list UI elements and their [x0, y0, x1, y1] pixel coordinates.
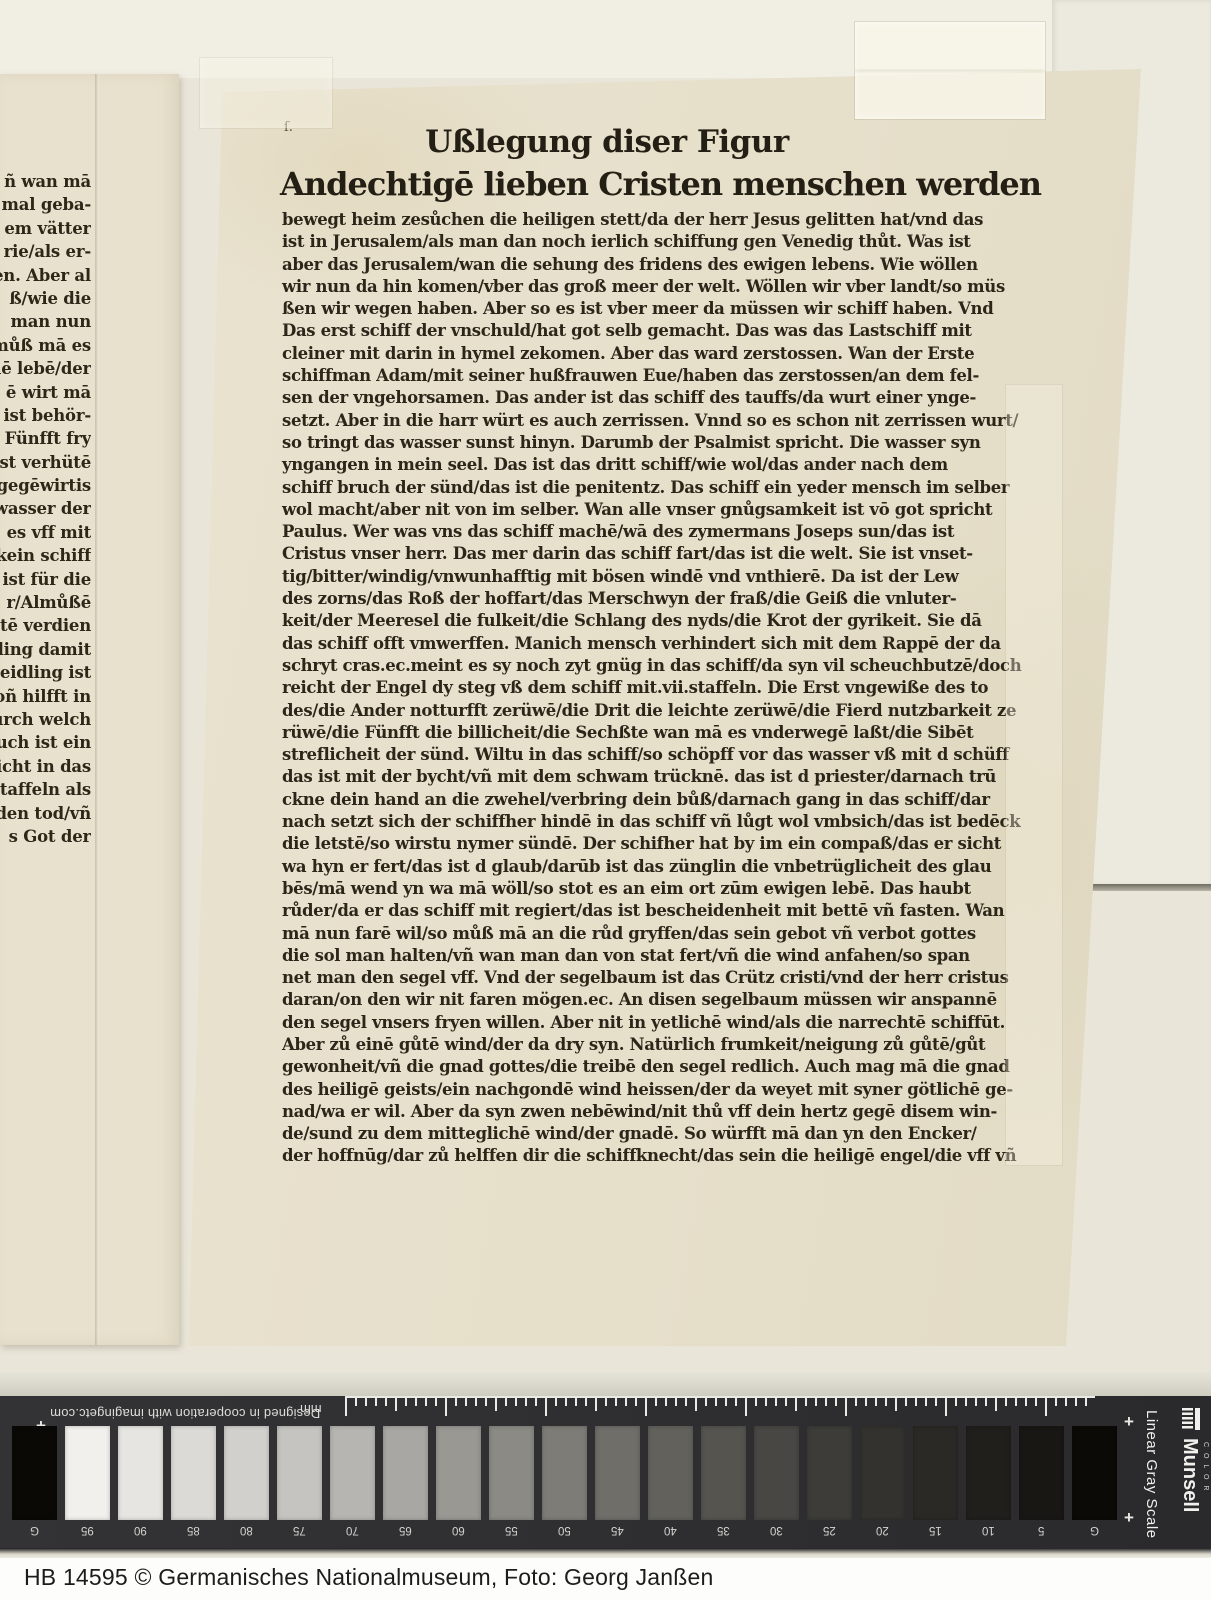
- ruler-tick: [445, 1398, 447, 1416]
- gray-scale-bar: Designed in cooperation with imagingetc.…: [0, 1396, 1211, 1548]
- fragment-text-line: en. Aber al: [0, 264, 91, 287]
- fragment-text-line: rie/als er-: [0, 240, 91, 263]
- body-text-line: de/sund zu dem mitteglichē wind/der gnad…: [282, 1123, 1012, 1145]
- ruler-tick: [685, 1398, 687, 1406]
- gray-patch: 90: [118, 1426, 163, 1536]
- page-title-line1: Ußlegung diser Figur: [247, 124, 967, 160]
- fragment-text-line: r/Almůßē: [0, 591, 91, 614]
- gray-patch-label: 55: [505, 1524, 518, 1536]
- fragment-text-line: d ist behör-: [0, 404, 91, 427]
- gray-scale-brand-name: Munsell: [1178, 1438, 1201, 1512]
- gray-patch-label: 25: [823, 1524, 836, 1536]
- gray-patch: G: [1072, 1426, 1117, 1536]
- ruler-tick: [995, 1398, 997, 1411]
- ruler-tick: [675, 1398, 677, 1406]
- ruler-tick: [615, 1398, 617, 1406]
- gray-patch-label: 90: [134, 1524, 147, 1536]
- ruler-tick: [775, 1398, 777, 1406]
- munsell-logo-icon: [1182, 1408, 1200, 1430]
- fragment-text-line: st verhütē: [0, 451, 91, 474]
- fragment-text-line: ling damit: [0, 638, 91, 661]
- gray-patch: 85: [171, 1426, 216, 1536]
- ruler-tick: [385, 1398, 387, 1406]
- gray-patch: 35: [701, 1426, 746, 1536]
- body-text-line: růder/da er das schiff mit regiert/das i…: [282, 900, 1012, 922]
- ruler-tick: [665, 1398, 667, 1406]
- ruler-tick: [875, 1398, 877, 1406]
- ruler-tick: [405, 1398, 407, 1406]
- ruler-tick: [465, 1398, 467, 1406]
- ruler-tick: [435, 1398, 437, 1406]
- ruler-tick: [965, 1398, 967, 1406]
- gray-patch: 45: [595, 1426, 640, 1536]
- gray-patch-label: G: [1090, 1524, 1099, 1536]
- body-text-line: streflicheit der sünd. Wiltu in das schi…: [282, 744, 1012, 766]
- gray-patch-swatch: [65, 1426, 110, 1520]
- body-text-line: die letstē/so wirstu nymer sündē. Der sc…: [282, 833, 1012, 855]
- body-text-line: schiff bruch der sünd/das ist die penite…: [282, 477, 1012, 499]
- tape-strip-right-edge: [1006, 385, 1062, 1165]
- ruler-tick: [755, 1398, 757, 1406]
- ruler-tick: [525, 1398, 527, 1406]
- fragment-text-line: mal geba-: [0, 193, 91, 216]
- ruler-tick: [1065, 1398, 1067, 1406]
- gray-patch-label: 60: [452, 1524, 465, 1536]
- fragment-text-line: urch welch: [0, 708, 91, 731]
- fragment-text-line: wasser der: [0, 497, 91, 520]
- gray-patch-label: 85: [187, 1524, 200, 1536]
- body-text-line: daran/on den wir nit faren mögen.ec. An …: [282, 989, 1012, 1011]
- ruler-tick: [1015, 1398, 1017, 1406]
- ruler-tick: [1005, 1398, 1007, 1406]
- fragment-text-line: icht in das: [0, 755, 91, 778]
- gray-scale-note: Designed in cooperation with imagingetc.…: [50, 1406, 320, 1421]
- gray-patch-label: 65: [399, 1524, 412, 1536]
- ruler-tick: [645, 1398, 647, 1416]
- body-text-line: nach setzt sich der schiffher hindē in d…: [282, 811, 1012, 833]
- body-text-line: tig/bitter/windig/vnwunhafftig mit bösen…: [282, 566, 1012, 588]
- ruler-tick: [845, 1398, 847, 1416]
- ruler-tick: [515, 1398, 517, 1406]
- ruler-tick: [595, 1398, 597, 1411]
- gray-patch-swatch: [913, 1426, 958, 1520]
- ruler-tick: [855, 1398, 857, 1406]
- body-text-line: das schiff offt vmwerffen. Manich mensch…: [282, 633, 1012, 655]
- ruler-tick: [395, 1398, 397, 1411]
- ruler-tick: [1045, 1398, 1047, 1416]
- gray-patch: 5: [1019, 1426, 1064, 1536]
- gray-patch-label: 40: [664, 1524, 677, 1536]
- ruler-tick: [835, 1398, 837, 1406]
- fragment-text-line: ist für die: [0, 568, 91, 591]
- gray-patch-swatch: [436, 1426, 481, 1520]
- ruler-tick: [785, 1398, 787, 1406]
- ruler-tick: [1055, 1398, 1057, 1406]
- body-text-line: den segel vnsers fryen willen. Aber nit …: [282, 1012, 1012, 1034]
- gray-patch: 70: [330, 1426, 375, 1536]
- document-page: ſ. Ußlegung diser Figur Andechtigē liebe…: [180, 60, 1142, 1346]
- body-text-line: keit/der Meeresel die fulkeit/die Schlan…: [282, 610, 1012, 632]
- ruler-tick: [955, 1398, 957, 1406]
- fragment-text-column: ñ wan māmal geba-em vätterrie/als er-en.…: [0, 170, 91, 870]
- gray-patch-swatch: [542, 1426, 587, 1520]
- gray-patch-label: G: [30, 1524, 39, 1536]
- ruler-tick: [345, 1398, 347, 1416]
- fragment-text-line: itē verdien: [0, 614, 91, 637]
- gray-patch-swatch: [224, 1426, 269, 1520]
- gray-patch-swatch: [860, 1426, 905, 1520]
- gray-scale-brand-subtitle: C O L O R: [1202, 1442, 1209, 1492]
- gray-patch-swatch: [754, 1426, 799, 1520]
- gray-patch-swatch: [1019, 1426, 1064, 1520]
- gray-scale-product-name: Linear Gray Scale: [1143, 1410, 1160, 1539]
- registration-plus-right-bottom: +: [1124, 1508, 1134, 1528]
- body-text-line: die sol man halten/vñ wan man dan von st…: [282, 945, 1012, 967]
- gray-patch-swatch: [330, 1426, 375, 1520]
- ruler-tick: [865, 1398, 867, 1406]
- gray-patch-swatch: [277, 1426, 322, 1520]
- gray-scale-card-edge: [0, 1372, 1211, 1396]
- ruler-tick: [575, 1398, 577, 1406]
- left-page-fragment: ñ wan māmal geba-em vätterrie/als er-en.…: [0, 74, 179, 1345]
- body-text-line: ckne dein hand an die zwehel/verbring de…: [282, 789, 1012, 811]
- ruler-tick: [565, 1398, 567, 1406]
- ruler-tick: [695, 1398, 697, 1411]
- gray-patch: 10: [966, 1426, 1011, 1536]
- gray-patch: 40: [648, 1426, 693, 1536]
- photo-stage: ñ wan māmal geba-em vätterrie/als er-en.…: [0, 0, 1211, 1600]
- gray-patch-swatch: [489, 1426, 534, 1520]
- body-text-line: das ist mit der bycht/vñ mit dem schwam …: [282, 766, 1012, 788]
- fragment-text-line: s Got der: [0, 825, 91, 848]
- ruler-tick: [725, 1398, 727, 1406]
- body-text-line: yngangen in mein seel. Das ist das dritt…: [282, 454, 1012, 476]
- fragment-text-line: Fünfft fry: [0, 427, 91, 450]
- tape-strip-top-left: [200, 58, 332, 128]
- body-text-line: setzt. Aber in die harr würt es auch zer…: [282, 410, 1012, 432]
- ruler-tick: [635, 1398, 637, 1406]
- fragment-text-line: es vff mit: [0, 521, 91, 544]
- tape-strip-top-right: [855, 22, 1045, 119]
- ruler-tick: [585, 1398, 587, 1406]
- ruler-tick: [655, 1398, 657, 1406]
- gray-patch-label: 80: [240, 1524, 253, 1536]
- ruler-tick: [625, 1398, 627, 1406]
- gray-patch-swatch: [648, 1426, 693, 1520]
- ruler-tick: [825, 1398, 827, 1406]
- gray-patch: 50: [542, 1426, 587, 1536]
- ruler-tick: [555, 1398, 557, 1406]
- gray-patch-swatch: [383, 1426, 428, 1520]
- gray-patch: 75: [277, 1426, 322, 1536]
- fragment-text-line: kein schiff: [0, 544, 91, 567]
- body-text-line: Cristus vnser herr. Das mer darin das sc…: [282, 543, 1012, 565]
- ruler-tick: [915, 1398, 917, 1406]
- gray-patch-label: 20: [876, 1524, 889, 1536]
- ruler-tick: [735, 1398, 737, 1406]
- gray-patch: 55: [489, 1426, 534, 1536]
- gray-patch-swatch: [171, 1426, 216, 1520]
- gray-patch-label: 15: [929, 1524, 942, 1536]
- body-text-line: reicht der Engel dy steg vß dem schiff m…: [282, 677, 1012, 699]
- ruler-tick: [745, 1398, 747, 1416]
- ruler-tick: [925, 1398, 927, 1406]
- fragment-text-line: staffeln als: [0, 778, 91, 801]
- gray-patch-swatch: [966, 1426, 1011, 1520]
- mm-ruler: [345, 1396, 1095, 1420]
- ruler-tick: [975, 1398, 977, 1406]
- body-text-line: sen der vngehorsamen. Das ander ist das …: [282, 387, 1012, 409]
- body-text-line: rüwē/die Fünfft die billicheit/die Sechß…: [282, 722, 1012, 744]
- ruler-tick: [705, 1398, 707, 1406]
- gray-patch: 60: [436, 1426, 481, 1536]
- body-text-line: Aber zů einē gůtē wind/der da dry syn. N…: [282, 1034, 1012, 1056]
- body-text-line: cleiner mit darin in hymel zekomen. Aber…: [282, 343, 1012, 365]
- caption-strip: HB 14595 © Germanisches Nationalmuseum, …: [0, 1558, 1211, 1600]
- ruler-tick: [485, 1398, 487, 1406]
- gray-patch-label: 30: [770, 1524, 783, 1536]
- ruler-tick: [475, 1398, 477, 1406]
- body-text-line: der hoffnūg/dar zů helffen dir die schif…: [282, 1145, 1012, 1167]
- body-text-line: gewonheit/vñ die gnad gottes/die treibē …: [282, 1056, 1012, 1078]
- ruler-tick: [765, 1398, 767, 1406]
- body-text-line: des/die Ander notturfft zerüwē/die Drit …: [282, 700, 1012, 722]
- body-text-line: wir nun da hin komen/vber das groß meer …: [282, 276, 1012, 298]
- ruler-tick: [1025, 1398, 1027, 1406]
- fragment-text-line: em vätter: [0, 217, 91, 240]
- gray-patch-label: 35: [717, 1524, 730, 1536]
- body-text-line: wa hyn er fert/das ist d glaub/darūb ist…: [282, 856, 1012, 878]
- gray-patch-swatch: [1072, 1426, 1117, 1520]
- gray-patch-label: 75: [293, 1524, 306, 1536]
- fragment-text-line: ē wirt mā: [0, 381, 91, 404]
- ruler-tick: [815, 1398, 817, 1406]
- gray-patch-row: G9590858075706560555045403530252015105G: [12, 1426, 1122, 1536]
- gray-patch: 80: [224, 1426, 269, 1536]
- ruler-unit-label: mm: [300, 1402, 322, 1417]
- ruler-tick: [605, 1398, 607, 1406]
- body-text-line: ist in Jerusalem/als man dan noch ierlic…: [282, 231, 1012, 253]
- fragment-text-line: nē lebē/der: [0, 357, 91, 380]
- registration-plus-right-top: +: [1124, 1412, 1134, 1432]
- gray-patch-swatch: [12, 1426, 57, 1520]
- gray-patch: 20: [860, 1426, 905, 1536]
- ruler-tick: [1085, 1398, 1087, 1406]
- body-text-line: des heiligē geists/ein nachgondē wind he…: [282, 1079, 1012, 1101]
- gray-patch: G: [12, 1426, 57, 1536]
- body-text-line: aber das Jerusalem/wan die sehung des fr…: [282, 254, 1012, 276]
- gray-patch-swatch: [807, 1426, 852, 1520]
- ruler-tick: [535, 1398, 537, 1406]
- ruler-tick: [425, 1398, 427, 1406]
- gray-patch-swatch: [118, 1426, 163, 1520]
- body-text-line: ßen wir wegen haben. Aber so es ist vber…: [282, 298, 1012, 320]
- body-text-line: schryt cras.ec.meint es sy noch zyt gnüg…: [282, 655, 1012, 677]
- gray-patch-label: 10: [982, 1524, 995, 1536]
- ruler-tick: [715, 1398, 717, 1406]
- ruler-tick: [895, 1398, 897, 1411]
- ruler-tick: [885, 1398, 887, 1406]
- ruler-tick: [495, 1398, 497, 1411]
- left-page-fold-edge: [95, 74, 99, 1345]
- ruler-tick: [545, 1398, 547, 1416]
- body-text-line: schiffman Adam/mit seiner hußfrauwen Eue…: [282, 365, 1012, 387]
- body-text-column: bewegt heim zesůchen die heiligen stett/…: [282, 209, 1012, 1168]
- fragment-text-line: eidling ist: [0, 661, 91, 684]
- page-title-line2: Andechtigē lieben Cristen menschen werde…: [280, 165, 970, 203]
- gray-patch-label: 45: [611, 1524, 624, 1536]
- museum-caption: HB 14595 © Germanisches Nationalmuseum, …: [24, 1564, 713, 1591]
- fragment-text-line: můß mā es: [0, 334, 91, 357]
- gray-patch-label: 50: [558, 1524, 571, 1536]
- ruler-tick: [455, 1398, 457, 1406]
- ruler-tick: [905, 1398, 907, 1406]
- fragment-text-line: ß/wie die: [0, 287, 91, 310]
- fragment-text-line: ñ wan mā: [0, 170, 91, 193]
- ruler-tick: [355, 1398, 357, 1406]
- body-text-line: nad/wa er wil. Aber da syn zwen nebēwind…: [282, 1101, 1012, 1123]
- gray-patch: 95: [65, 1426, 110, 1536]
- gray-patch-label: 70: [346, 1524, 359, 1536]
- ruler-tick: [935, 1398, 937, 1406]
- gray-patch-label: 95: [81, 1524, 94, 1536]
- bar-bottom-edge: [0, 1548, 1211, 1558]
- ruler-tick: [945, 1398, 947, 1416]
- fragment-text-line: den tod/vñ: [0, 802, 91, 825]
- gray-patch-label: 5: [1038, 1524, 1044, 1536]
- body-text-line: Paulus. Wer was vns das schiff machē/wā …: [282, 521, 1012, 543]
- ruler-tick: [505, 1398, 507, 1406]
- gray-patch-swatch: [595, 1426, 640, 1520]
- fragment-text-line: man nun: [0, 310, 91, 333]
- body-text-line: so tringt das wasser sunst hinyn. Darumb…: [282, 432, 1012, 454]
- ruler-tick: [795, 1398, 797, 1411]
- body-text-line: des zorns/das Roß der hoffart/das Mersch…: [282, 588, 1012, 610]
- ruler-tick: [375, 1398, 377, 1406]
- ruler-tick: [365, 1398, 367, 1406]
- ruler-tick: [805, 1398, 807, 1406]
- gray-patch: 30: [754, 1426, 799, 1536]
- fragment-text-line: gegēwirtis: [0, 474, 91, 497]
- body-text-line: wol macht/aber nit von im selber. Wan al…: [282, 499, 1012, 521]
- body-text-line: bewegt heim zesůchen die heiligen stett/…: [282, 209, 1012, 231]
- fragment-text-line: Auch ist ein: [0, 731, 91, 754]
- gray-patch: 65: [383, 1426, 428, 1536]
- gray-patch: 25: [807, 1426, 852, 1536]
- ruler-tick: [985, 1398, 987, 1406]
- fragment-text-line: oñ hilfft in: [0, 685, 91, 708]
- gray-patch-swatch: [701, 1426, 746, 1520]
- ruler-tick: [1075, 1398, 1077, 1406]
- ruler-tick: [1035, 1398, 1037, 1406]
- body-text-line: mā nun farē wil/so můß mā an die růd gry…: [282, 923, 1012, 945]
- body-text-line: Das erst schiff der vnschuld/hat got sel…: [282, 320, 1012, 342]
- body-text-line: net man den segel vff. Vnd der segelbaum…: [282, 967, 1012, 989]
- gray-patch: 15: [913, 1426, 958, 1536]
- body-text-line: bēs/mā wend yn wa mā wöll/so stot es an …: [282, 878, 1012, 900]
- ruler-tick: [415, 1398, 417, 1406]
